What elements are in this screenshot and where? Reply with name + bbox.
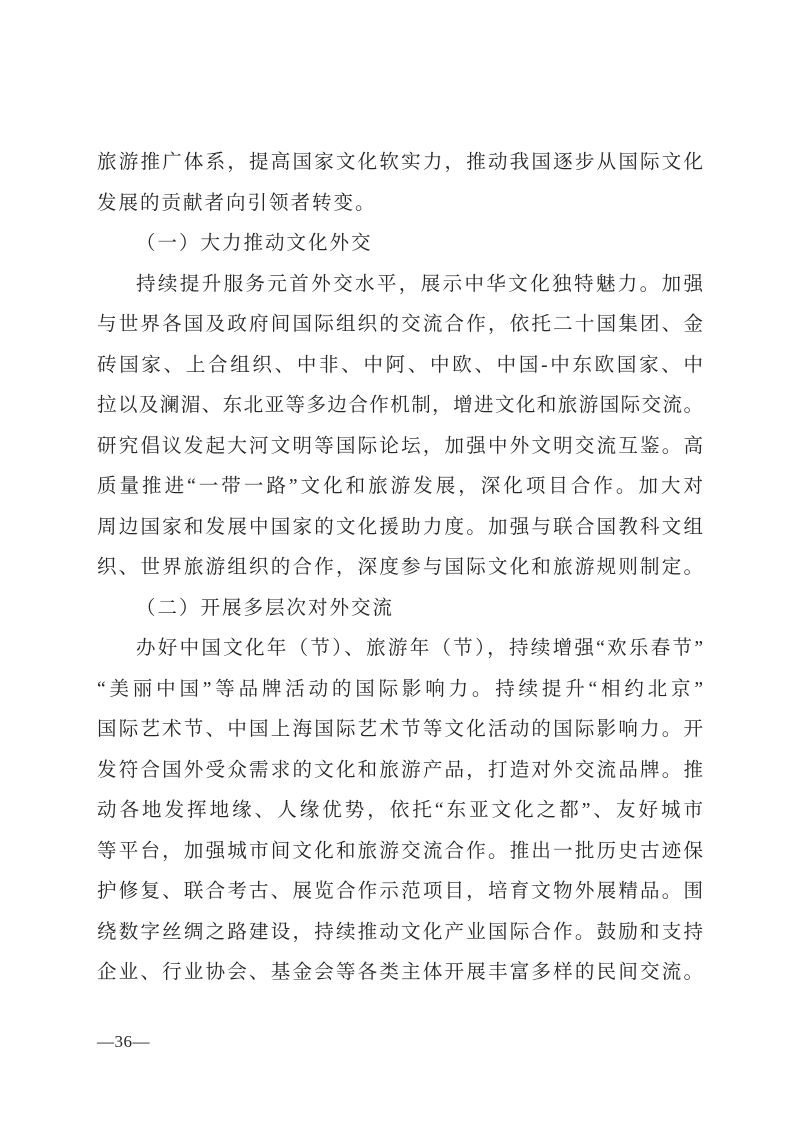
text-line: 发符合国外受众需求的文化和旅游产品，打造对外交流品牌。推 <box>97 751 703 792</box>
text-line: 质量推进“一带一路”文化和旅游发展，深化项目合作。加大对 <box>97 467 703 508</box>
text-block: 旅游推广体系，提高国家文化软实力，推动我国逐步从国际文化 发展的贡献者向引领者转… <box>97 143 703 994</box>
page-number: —36— <box>97 1031 150 1053</box>
section-heading-2: （二）开展多层次对外交流 <box>97 589 703 630</box>
text-line: 周边国家和发展中国家的文化援助力度。加强与联合国教科文组 <box>97 508 703 549</box>
text-line: 拉以及澜湄、东北亚等多边合作机制，增进文化和旅游国际交流。 <box>97 386 703 427</box>
text-line: 绕数字丝绸之路建设，持续推动文化产业国际合作。鼓励和支持 <box>97 913 703 954</box>
section-heading-1: （一）大力推动文化外交 <box>97 224 703 265</box>
text-line: 与世界各国及政府间国际组织的交流合作，依托二十国集团、金 <box>97 305 703 346</box>
text-line: 织、世界旅游组织的合作，深度参与国际文化和旅游规则制定。 <box>97 548 703 589</box>
text-line: 办好中国文化年（节）、旅游年（节），持续增强“欢乐春节” <box>97 629 703 670</box>
text-line: 国际艺术节、中国上海国际艺术节等文化活动的国际影响力。开 <box>97 710 703 751</box>
text-line: 旅游推广体系，提高国家文化软实力，推动我国逐步从国际文化 <box>97 143 703 184</box>
text-line: 研究倡议发起大河文明等国际论坛，加强中外文明交流互鉴。高 <box>97 427 703 468</box>
text-line: 企业、行业协会、基金会等各类主体开展丰富多样的民间交流。 <box>97 953 703 994</box>
text-line: 动各地发挥地缘、人缘优势，依托“东亚文化之都”、友好城市 <box>97 791 703 832</box>
text-line: 发展的贡献者向引领者转变。 <box>97 184 703 225</box>
text-line: 砖国家、上合组织、中非、中阿、中欧、中国-中东欧国家、中 <box>97 346 703 387</box>
text-line: 持续提升服务元首外交水平，展示中华文化独特魅力。加强 <box>97 265 703 306</box>
text-line: “美丽中国”等品牌活动的国际影响力。持续提升“相约北京” <box>97 670 703 711</box>
text-line: 等平台，加强城市间文化和旅游交流合作。推出一批历史古迹保 <box>97 832 703 873</box>
document-page: 旅游推广体系，提高国家文化软实力，推动我国逐步从国际文化 发展的贡献者向引领者转… <box>0 0 793 1122</box>
text-line: 护修复、联合考古、展览合作示范项目，培育文物外展精品。围 <box>97 872 703 913</box>
